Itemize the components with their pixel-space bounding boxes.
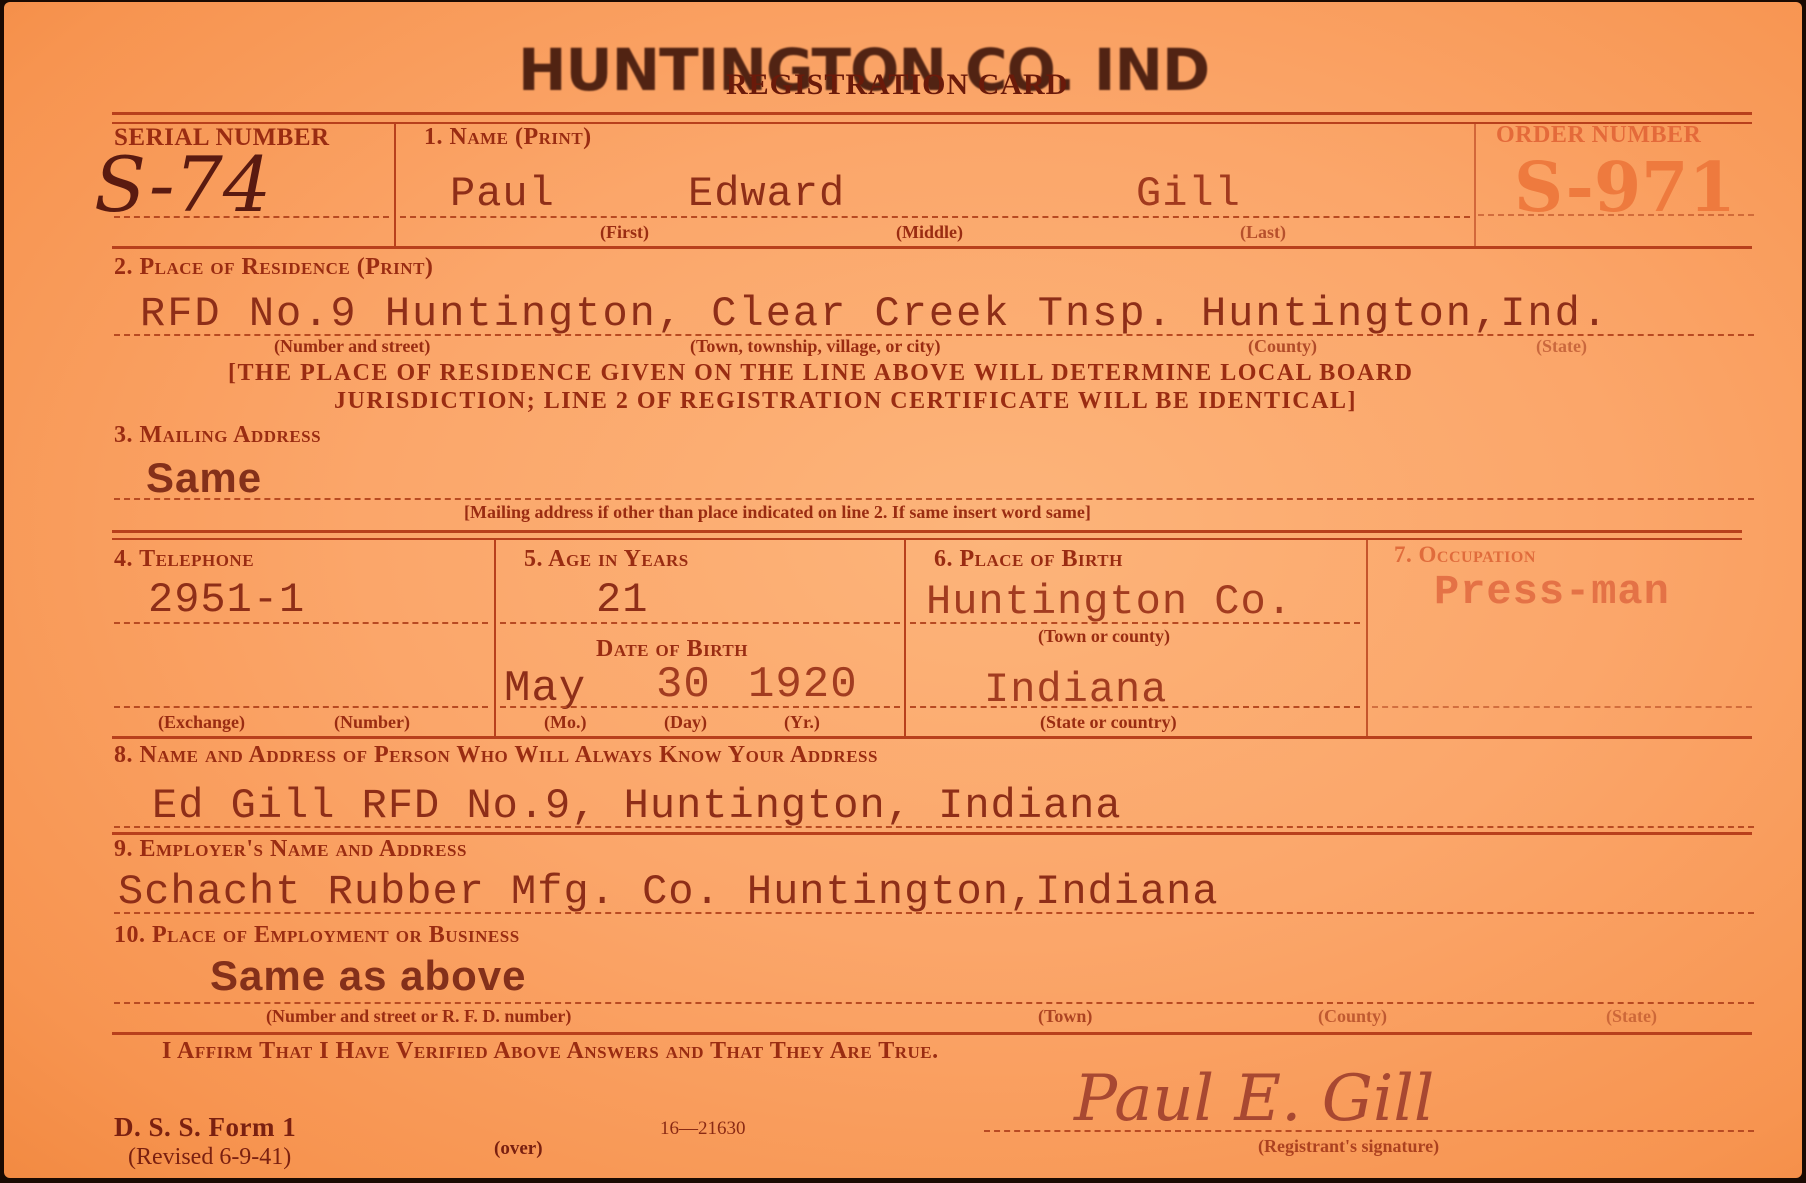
first-caption: (First)	[600, 222, 649, 243]
birthplace-town-line	[910, 622, 1360, 624]
middle-name: Edward	[688, 170, 845, 218]
affirmation-text: I Affirm That I Have Verified Above Answ…	[162, 1038, 939, 1065]
employment-town-caption: (Town)	[1038, 1006, 1092, 1027]
occupation-line	[1372, 706, 1752, 708]
contact-label: 8. Name and Address of Person Who Will A…	[114, 742, 878, 769]
age-line	[500, 622, 900, 624]
registration-card: HUNTINGTON CO. IND REGISTRATION CARD SER…	[4, 2, 1802, 1178]
last-name: Gill	[1136, 170, 1241, 218]
name-label: 1. Name (Print)	[424, 124, 592, 151]
occupation-value: Press-man	[1434, 568, 1670, 616]
contact-line	[114, 826, 1754, 828]
residence-notice-2: JURISDICTION; LINE 2 OF REGISTRATION CER…	[334, 388, 1357, 415]
contact-value: Ed Gill RFD No.9, Huntington, Indiana	[152, 782, 1122, 830]
mailing-caption: [Mailing address if other than place ind…	[464, 502, 1091, 523]
employer-value: Schacht Rubber Mfg. Co. Huntington,India…	[118, 868, 1219, 916]
serial-divider	[394, 122, 396, 246]
birthplace-town: Huntington Co.	[926, 578, 1293, 626]
signature-caption: (Registrant's signature)	[1258, 1136, 1439, 1157]
row3-rule-inner	[112, 538, 1742, 540]
dob-day-caption: (Day)	[664, 712, 707, 733]
signature-line	[984, 1130, 1754, 1132]
dob-label: Date of Birth	[596, 636, 748, 663]
employment-street-caption: (Number and street or R. F. D. number)	[266, 1006, 571, 1027]
employer-line	[114, 912, 1754, 914]
age-label: 5. Age in Years	[524, 546, 689, 573]
telephone-line	[114, 622, 488, 624]
form-revised: (Revised 6-9-41)	[128, 1144, 291, 1171]
employer-label: 9. Employer's Name and Address	[114, 836, 467, 863]
telephone-label: 4. Telephone	[114, 546, 254, 573]
county-caption: (County)	[1248, 336, 1317, 357]
birthplace-state-caption: (State or country)	[1040, 712, 1177, 733]
telephone-divider	[494, 540, 496, 736]
serial-line	[114, 216, 389, 218]
print-code: 16—21630	[660, 1118, 746, 1140]
mailing-value: Same	[146, 454, 262, 502]
employment-county-caption: (County)	[1318, 1006, 1387, 1027]
name-line	[400, 216, 1470, 218]
card-title: REGISTRATION CARD	[726, 68, 1068, 102]
state-caption: (State)	[1536, 336, 1587, 357]
top-rule	[112, 112, 1752, 115]
over-text: (over)	[494, 1138, 543, 1160]
telephone-value: 2951-1	[148, 576, 305, 624]
form-number: D. S. S. Form 1	[114, 1112, 296, 1143]
street-caption: (Number and street)	[274, 336, 430, 357]
dob-yr-caption: (Yr.)	[784, 712, 820, 733]
middle-caption: (Middle)	[896, 222, 963, 243]
order-divider	[1474, 122, 1476, 246]
dob-line	[500, 706, 900, 708]
mailing-label: 3. Mailing Address	[114, 422, 321, 449]
mailing-line	[114, 498, 1754, 500]
order-label: ORDER NUMBER	[1496, 122, 1701, 149]
row3-rule	[112, 530, 1742, 533]
employment-place-label: 10. Place of Employment or Business	[114, 922, 520, 949]
row8-rule	[112, 832, 1752, 835]
residence-value: RFD No.9 Huntington, Clear Creek Tnsp. H…	[140, 290, 1609, 338]
birthplace-town-caption: (Town or county)	[1038, 626, 1170, 647]
occupation-label: 7. Occupation	[1394, 542, 1536, 568]
order-value: S-971	[1514, 148, 1736, 228]
town-caption: (Town, township, village, or city)	[690, 336, 941, 357]
exchange-caption: (Exchange)	[158, 712, 245, 733]
row10-rule	[112, 1032, 1752, 1035]
employment-state-caption: (State)	[1606, 1006, 1657, 1027]
row4-rule	[112, 736, 1752, 739]
residence-label: 2. Place of Residence (Print)	[114, 254, 433, 281]
birthplace-label: 6. Place of Birth	[934, 546, 1123, 573]
telephone-line-2	[114, 706, 488, 708]
number-caption: (Number)	[334, 712, 410, 733]
dob-day: 30	[656, 660, 711, 710]
first-name: Paul	[450, 170, 555, 218]
age-value: 21	[596, 576, 648, 624]
registrant-signature: Paul E. Gill	[1074, 1062, 1434, 1136]
dob-mo-caption: (Mo.)	[544, 712, 586, 733]
dob-year: 1920	[748, 660, 858, 710]
employment-place-line	[114, 1002, 1754, 1004]
employment-place-value: Same as above	[210, 952, 527, 1000]
order-line	[1478, 214, 1754, 216]
age-divider	[904, 540, 906, 736]
row1-rule	[112, 246, 1752, 249]
birthplace-divider	[1366, 540, 1368, 736]
birthplace-state-line	[910, 706, 1360, 708]
residence-notice-1: [THE PLACE OF RESIDENCE GIVEN ON THE LIN…	[228, 360, 1413, 387]
last-caption: (Last)	[1240, 222, 1286, 243]
